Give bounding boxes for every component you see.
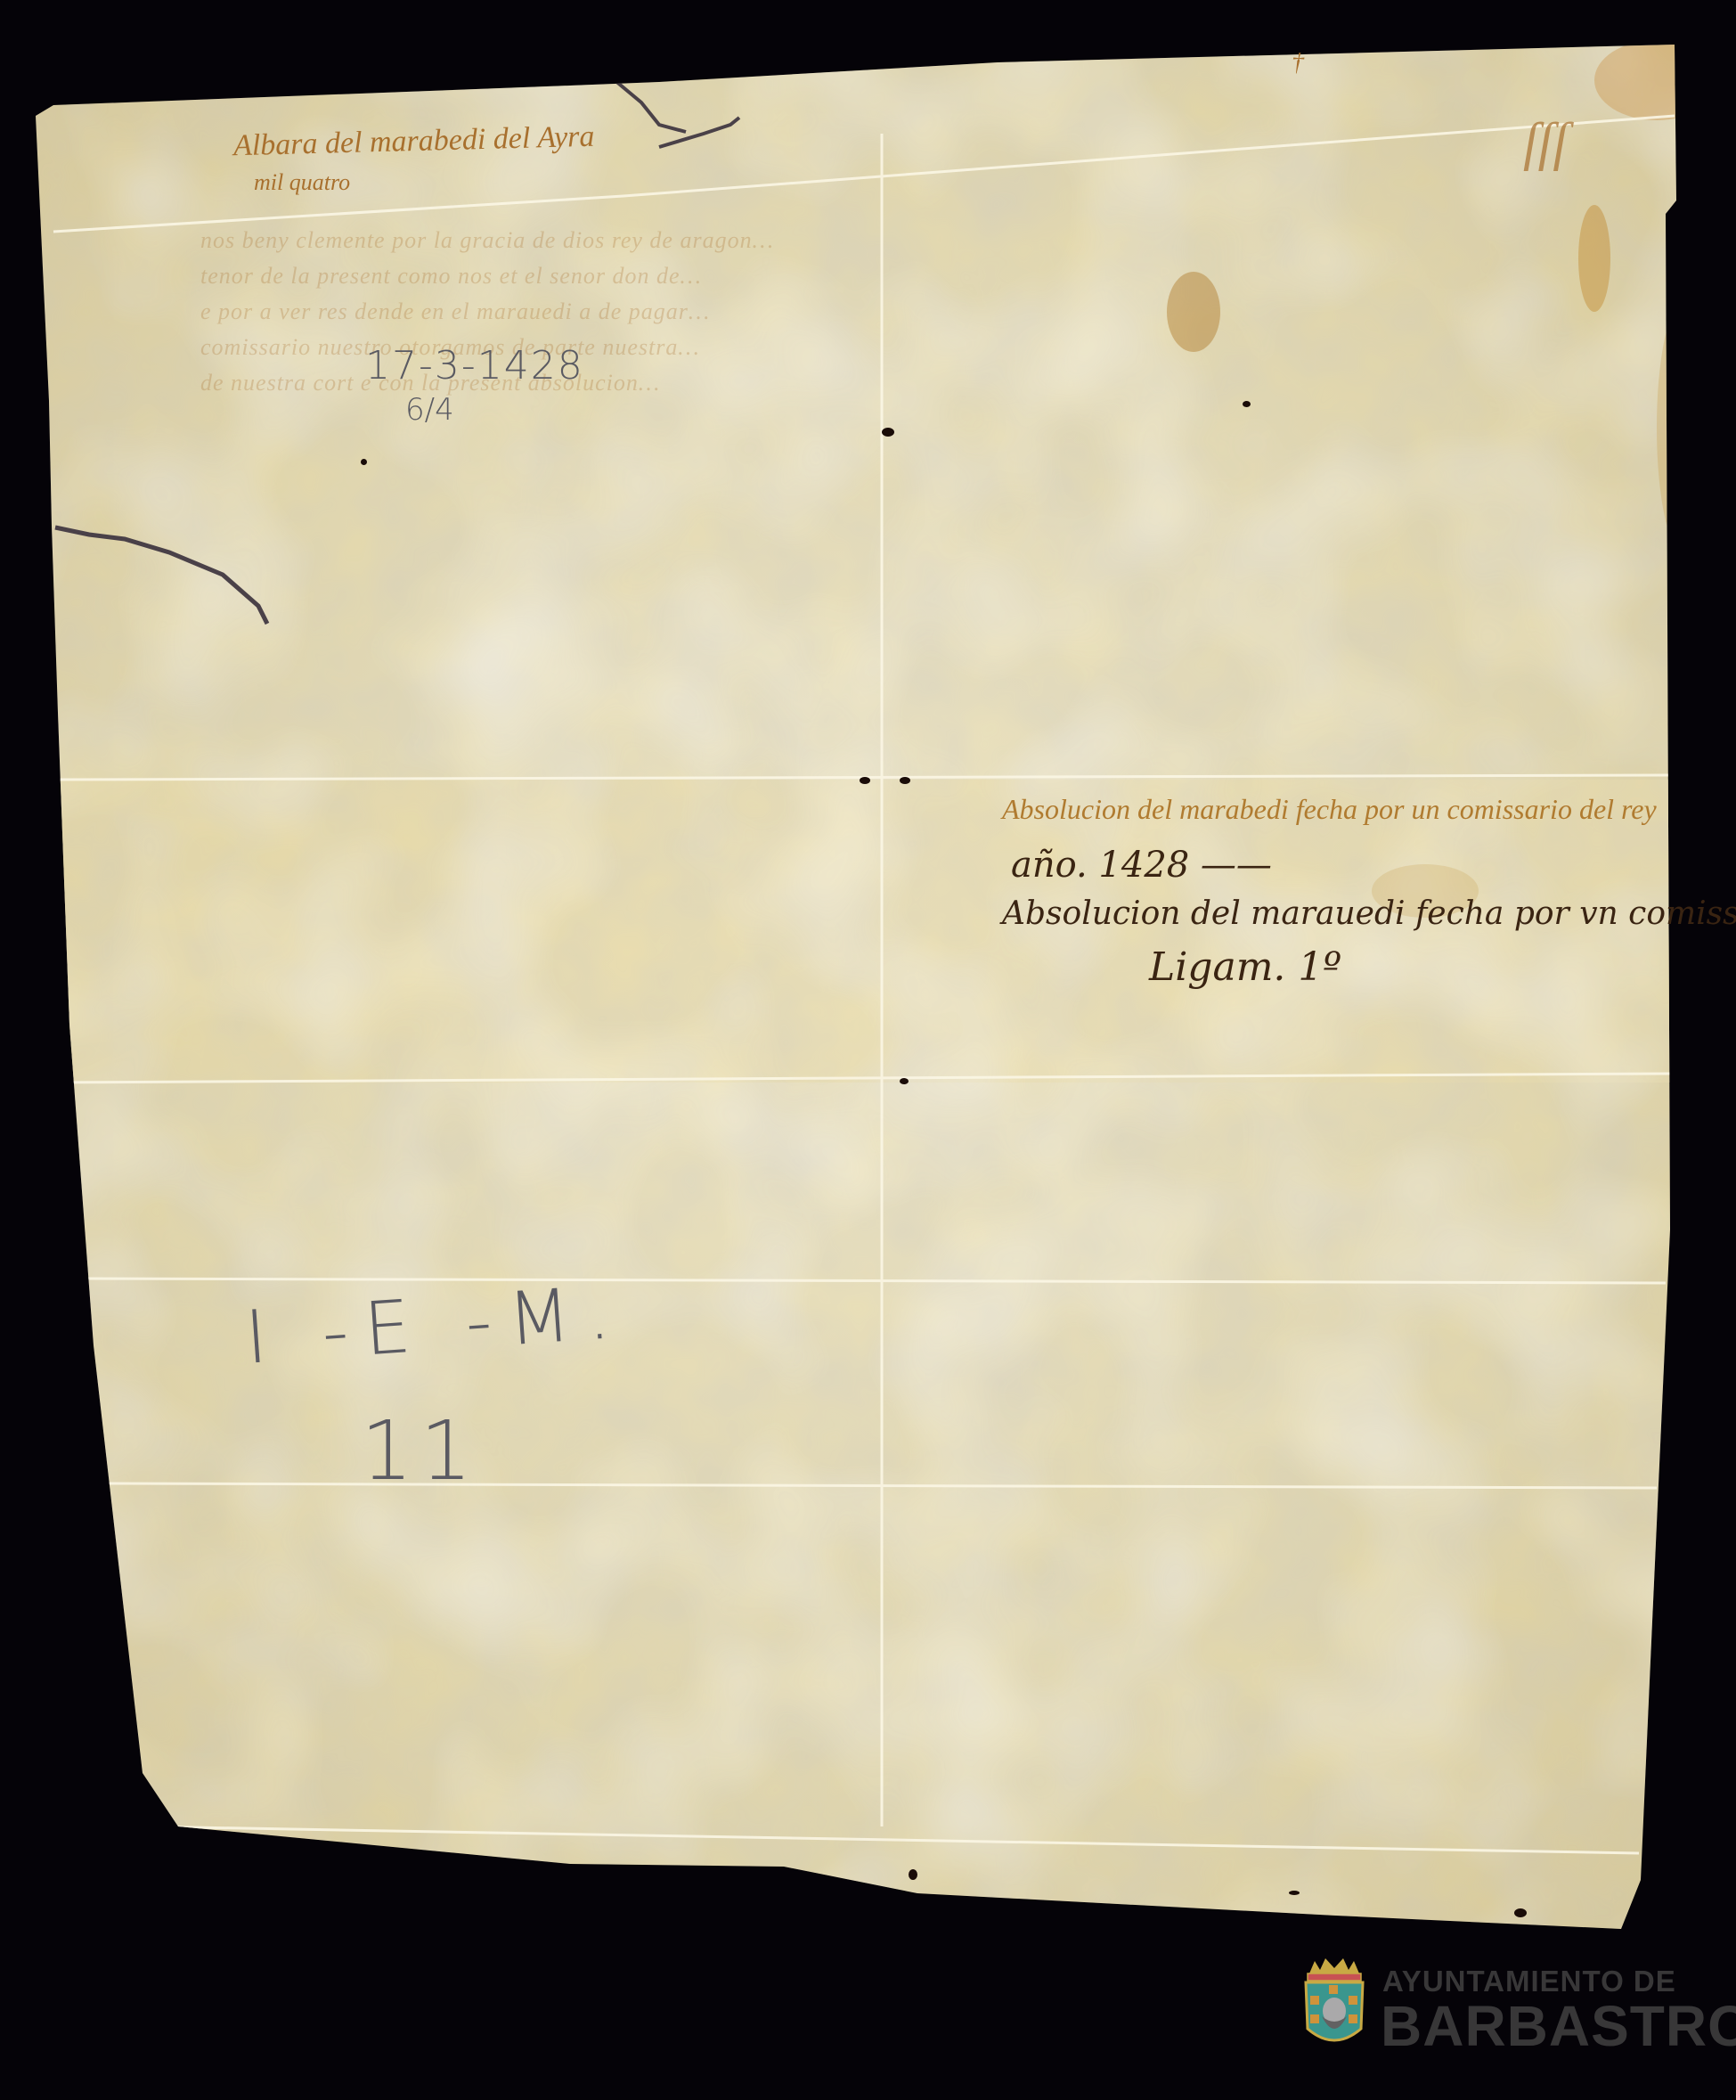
watermark-line2: BARBASTRO [1381, 1998, 1736, 2055]
fold-hole [1289, 1891, 1300, 1895]
document-viewer: nos beny clemente por la gracia de dios … [0, 0, 1736, 2100]
fold-hole [361, 459, 367, 465]
archive-date: 17-3-1428 [365, 343, 584, 388]
show-through-text: nos beny clemente por la gracia de dios … [200, 227, 774, 254]
endorsement-medieval: Absolucion del marabedi fecha por un com… [1002, 793, 1657, 826]
fold-hole [900, 1078, 909, 1084]
show-through-text: tenor de la present como nos et el senor… [200, 263, 702, 290]
fold-hole [900, 777, 910, 784]
fold-hole [1243, 401, 1251, 407]
top-endorsement-line2: mil quatro [254, 169, 350, 196]
coat-of-arms-icon [1302, 1956, 1366, 2054]
ligamen-number: Ligam. 1º [1149, 944, 1341, 990]
show-through-text: e por a ver res dende en el marauedi a d… [200, 298, 710, 325]
ayuntamiento-barbastro-logo: AYUNTAMIENTO DE BARBASTRO [1302, 1956, 1712, 2063]
fold-hole [909, 1869, 917, 1880]
pencil-signature-number: 11 [361, 1403, 479, 1499]
endorsement-year: año. 1428 —— [1011, 845, 1272, 886]
corner-marks: ſſſ [1523, 111, 1568, 173]
cross-mark: † [1292, 49, 1304, 78]
archive-ref: 6/4 [405, 392, 454, 428]
fold-hole [1514, 1908, 1527, 1917]
endorsement-modern: Absolucion del marauedi fecha por vn com… [1002, 895, 1736, 932]
fold-hole [882, 428, 894, 437]
fold-hole [860, 777, 870, 784]
